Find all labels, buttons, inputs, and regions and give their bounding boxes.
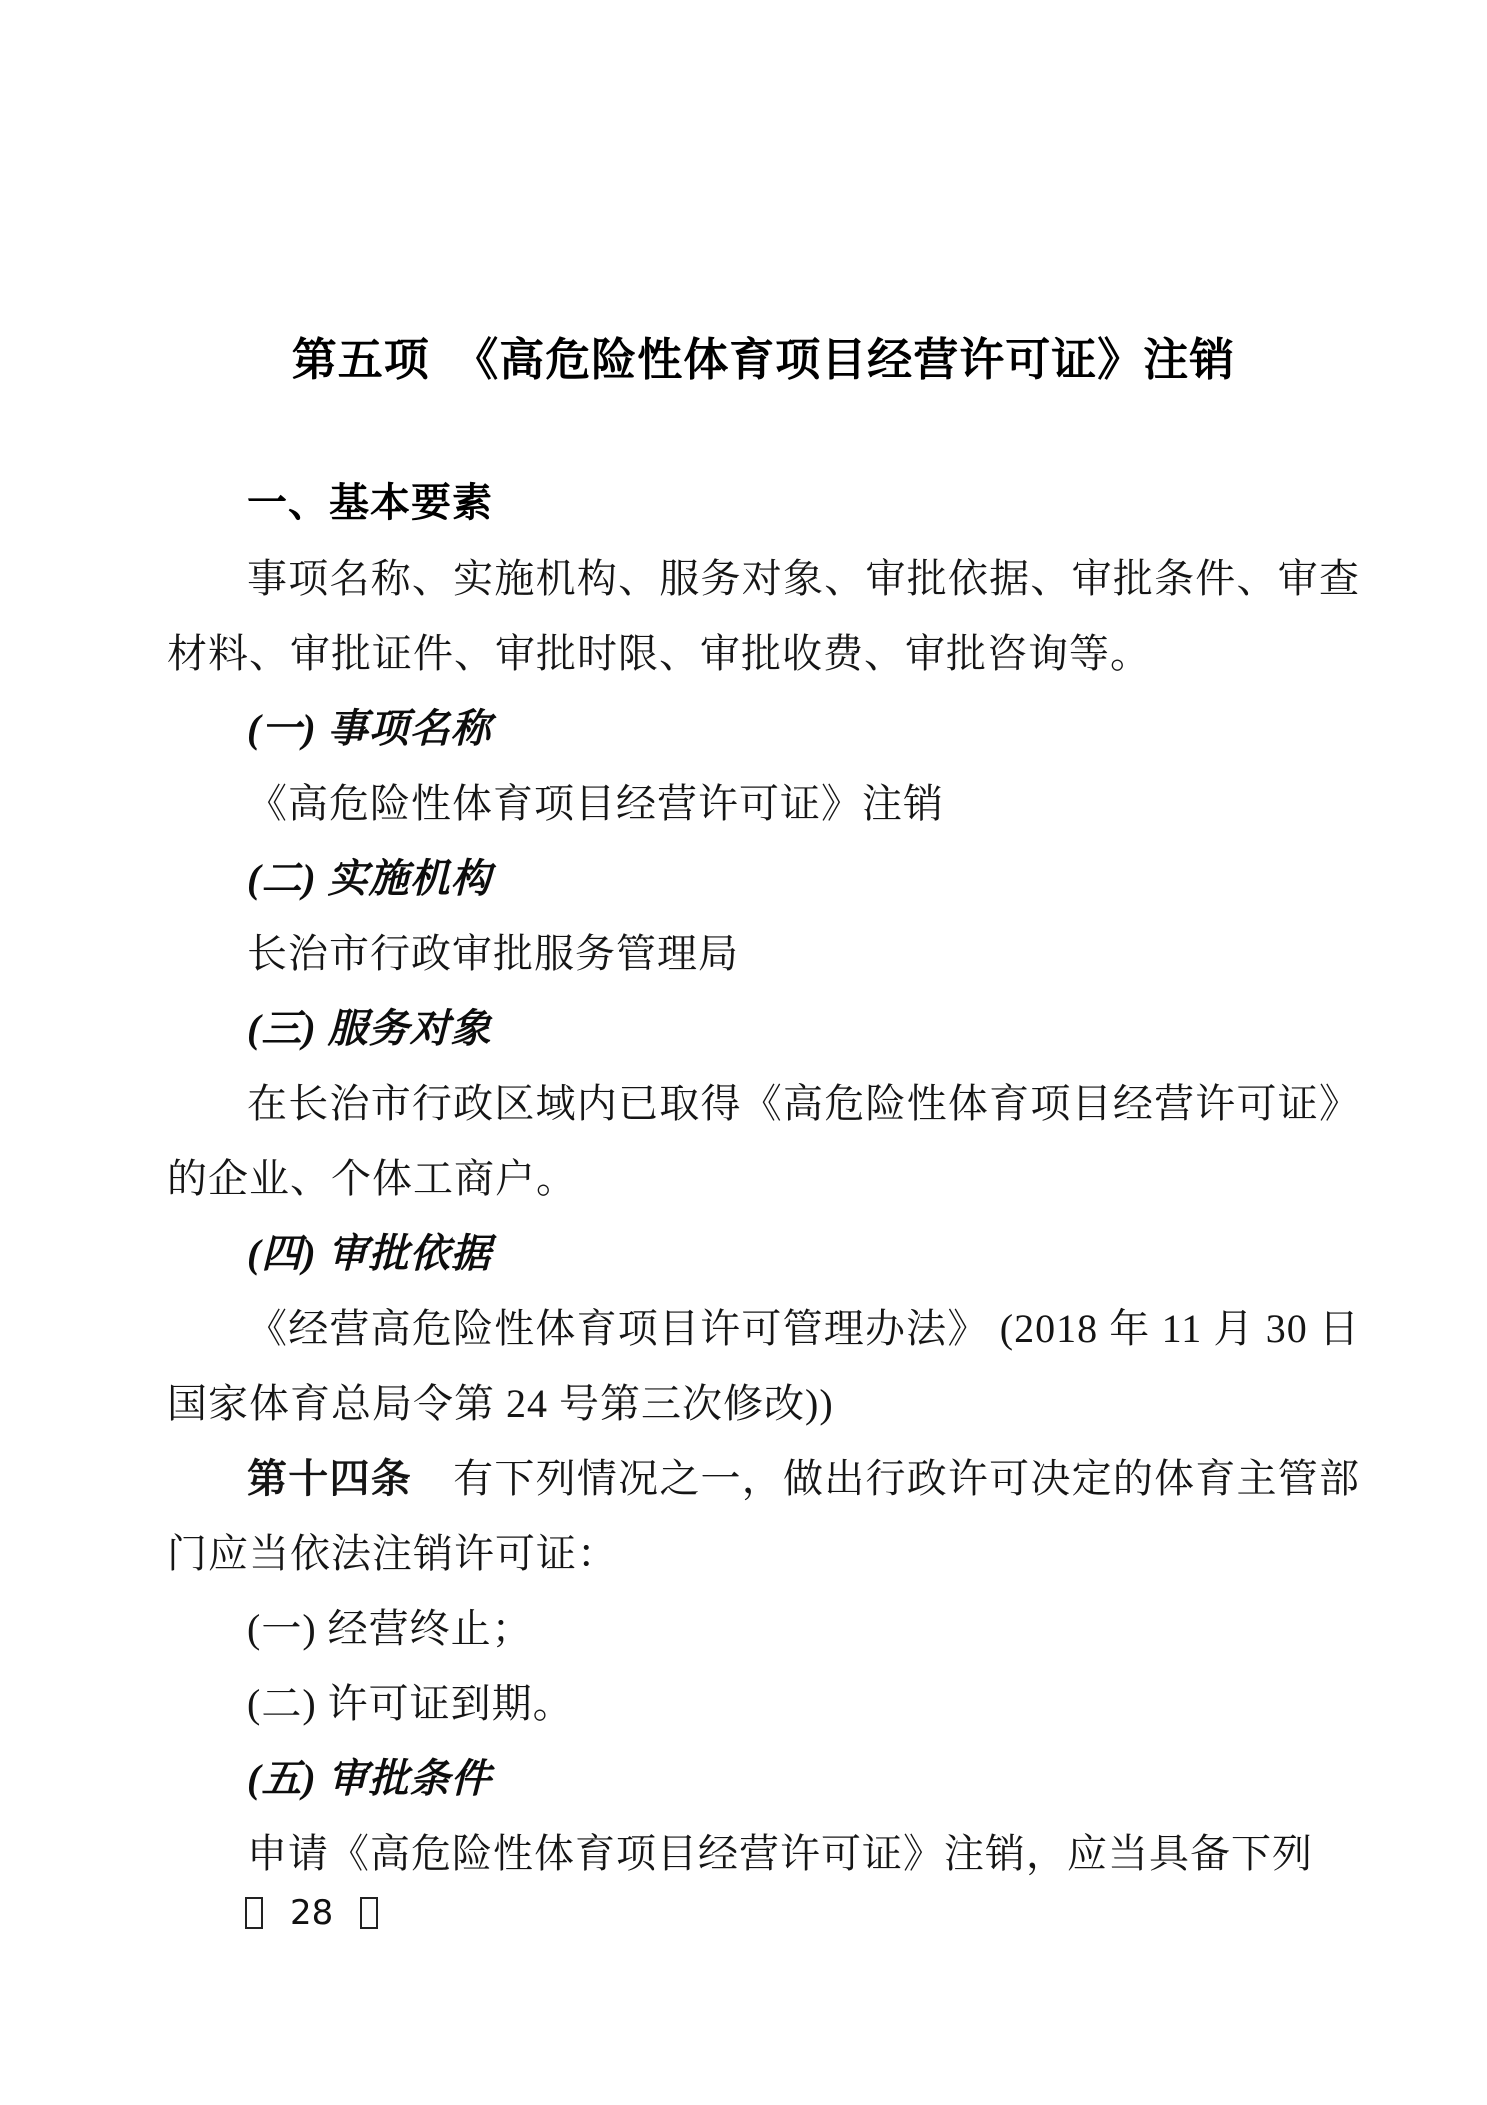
document-title: 第五项 《高危险性体育项目经营许可证》注销 bbox=[167, 330, 1360, 390]
item5-body: 申请《高危险性体育项目经营许可证》注销，应当具备下列 bbox=[167, 1816, 1360, 1891]
item1-body: 《高危险性体育项目经营许可证》注销 bbox=[167, 766, 1360, 841]
article-14-paragraph: 第十四条 有下列情况之一，做出行政许可决定的体育主管部门应当依法注销许可证： bbox=[167, 1441, 1360, 1591]
item5-heading: (五) 审批条件 bbox=[167, 1741, 1360, 1816]
item4-heading: (四) 审批依据 bbox=[167, 1216, 1360, 1291]
heading-basic-elements: 一、基本要素 bbox=[167, 466, 1360, 541]
page-footer: 28 bbox=[245, 1894, 378, 1932]
item3-heading: (三) 服务对象 bbox=[167, 991, 1360, 1066]
item2-heading: (二) 实施机构 bbox=[167, 841, 1360, 916]
item1-heading: (一) 事项名称 bbox=[167, 691, 1360, 766]
article-14-sub1: (一) 经营终止； bbox=[167, 1591, 1360, 1666]
item2-body: 长治市行政审批服务管理局 bbox=[167, 916, 1360, 991]
article-14-sub2: (二) 许可证到期。 bbox=[167, 1666, 1360, 1741]
page-number: 28 bbox=[290, 1894, 333, 1932]
item3-body: 在长治市行政区域内已取得《高危险性体育项目经营许可证》的企业、个体工商户。 bbox=[167, 1066, 1360, 1216]
article-14-label: 第十四条 bbox=[247, 1456, 412, 1501]
paragraph-overview: 事项名称、实施机构、服务对象、审批依据、审批条件、审查材料、审批证件、审批时限、… bbox=[167, 541, 1360, 691]
document-page: 第五项 《高危险性体育项目经营许可证》注销 一、基本要素 事项名称、实施机构、服… bbox=[0, 0, 1487, 2105]
missing-glyph-box-left bbox=[245, 1897, 263, 1929]
document-body: 第五项 《高危险性体育项目经营许可证》注销 一、基本要素 事项名称、实施机构、服… bbox=[167, 330, 1360, 1891]
missing-glyph-box-right bbox=[360, 1897, 378, 1929]
item4-body: 《经营高危险性体育项目许可管理办法》 (2018 年 11 月 30 日国家体育… bbox=[167, 1291, 1360, 1441]
